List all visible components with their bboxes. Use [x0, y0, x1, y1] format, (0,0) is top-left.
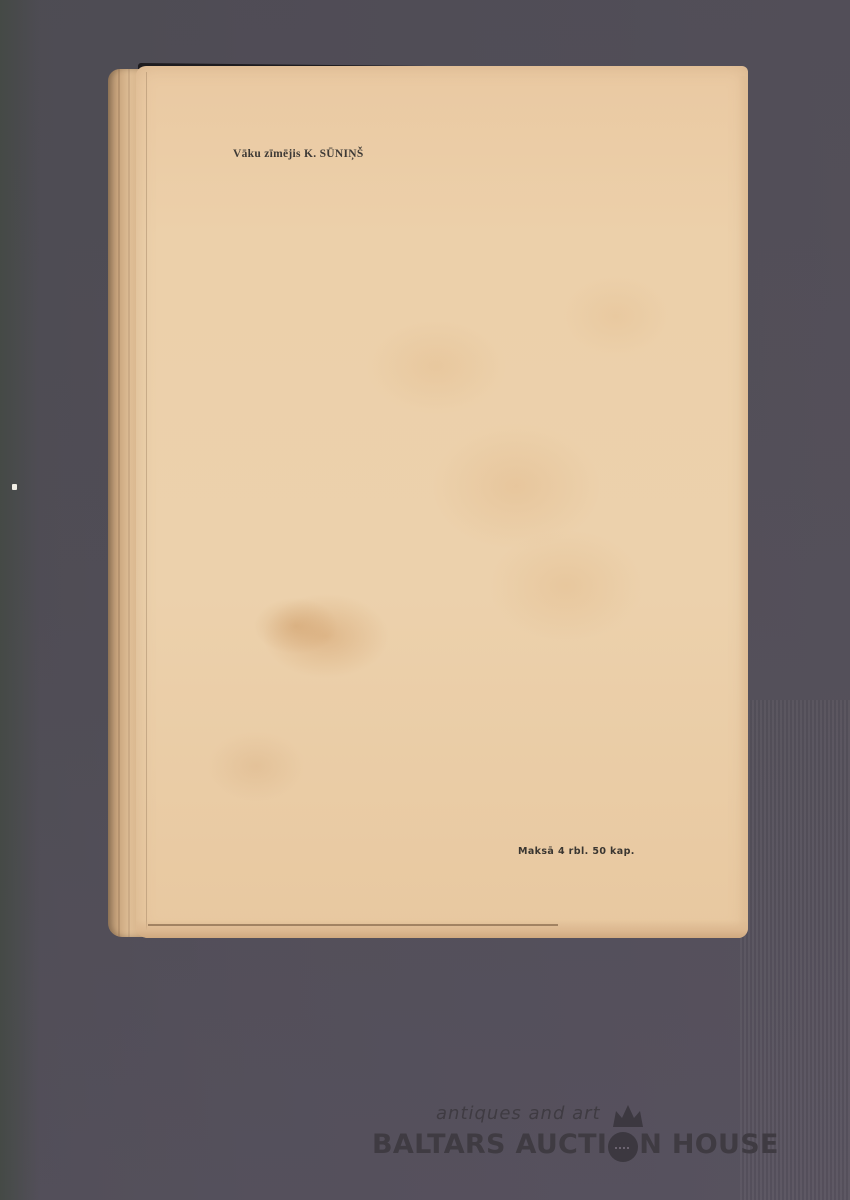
cover-bottom-fold [136, 920, 748, 938]
watermark-name-part2: N HOUSE [639, 1129, 778, 1160]
watermark-tagline: antiques and art [436, 1103, 601, 1124]
dust-speck [12, 484, 17, 490]
crown-icon [611, 1103, 645, 1129]
cover-artist-credit: Vāku zīmējis K. SŪNIŅŠ [233, 148, 364, 160]
book: Vāku zīmējis K. SŪNIŅŠ Maksā 4 rbl. 50 k… [108, 63, 753, 941]
auction-house-watermark: antiques and art BALTARS AUCTI N HOUSE [372, 1103, 772, 1173]
cover-fold-line [146, 72, 147, 930]
cover-right-edge [738, 76, 748, 926]
page-ridge [128, 69, 130, 937]
watermark-name-part1: BALTARS AUCTI [372, 1129, 607, 1160]
page-ridge [118, 69, 120, 937]
watermark-name: BALTARS AUCTI N HOUSE [372, 1129, 779, 1160]
cover-bottom-edge [148, 924, 558, 926]
back-cover: Vāku zīmējis K. SŪNIŅŠ Maksā 4 rbl. 50 k… [136, 66, 748, 938]
orb-icon [608, 1132, 638, 1162]
scan-left-edge [0, 0, 40, 1200]
price-label: Maksā 4 rbl. 50 kap. [518, 846, 635, 857]
